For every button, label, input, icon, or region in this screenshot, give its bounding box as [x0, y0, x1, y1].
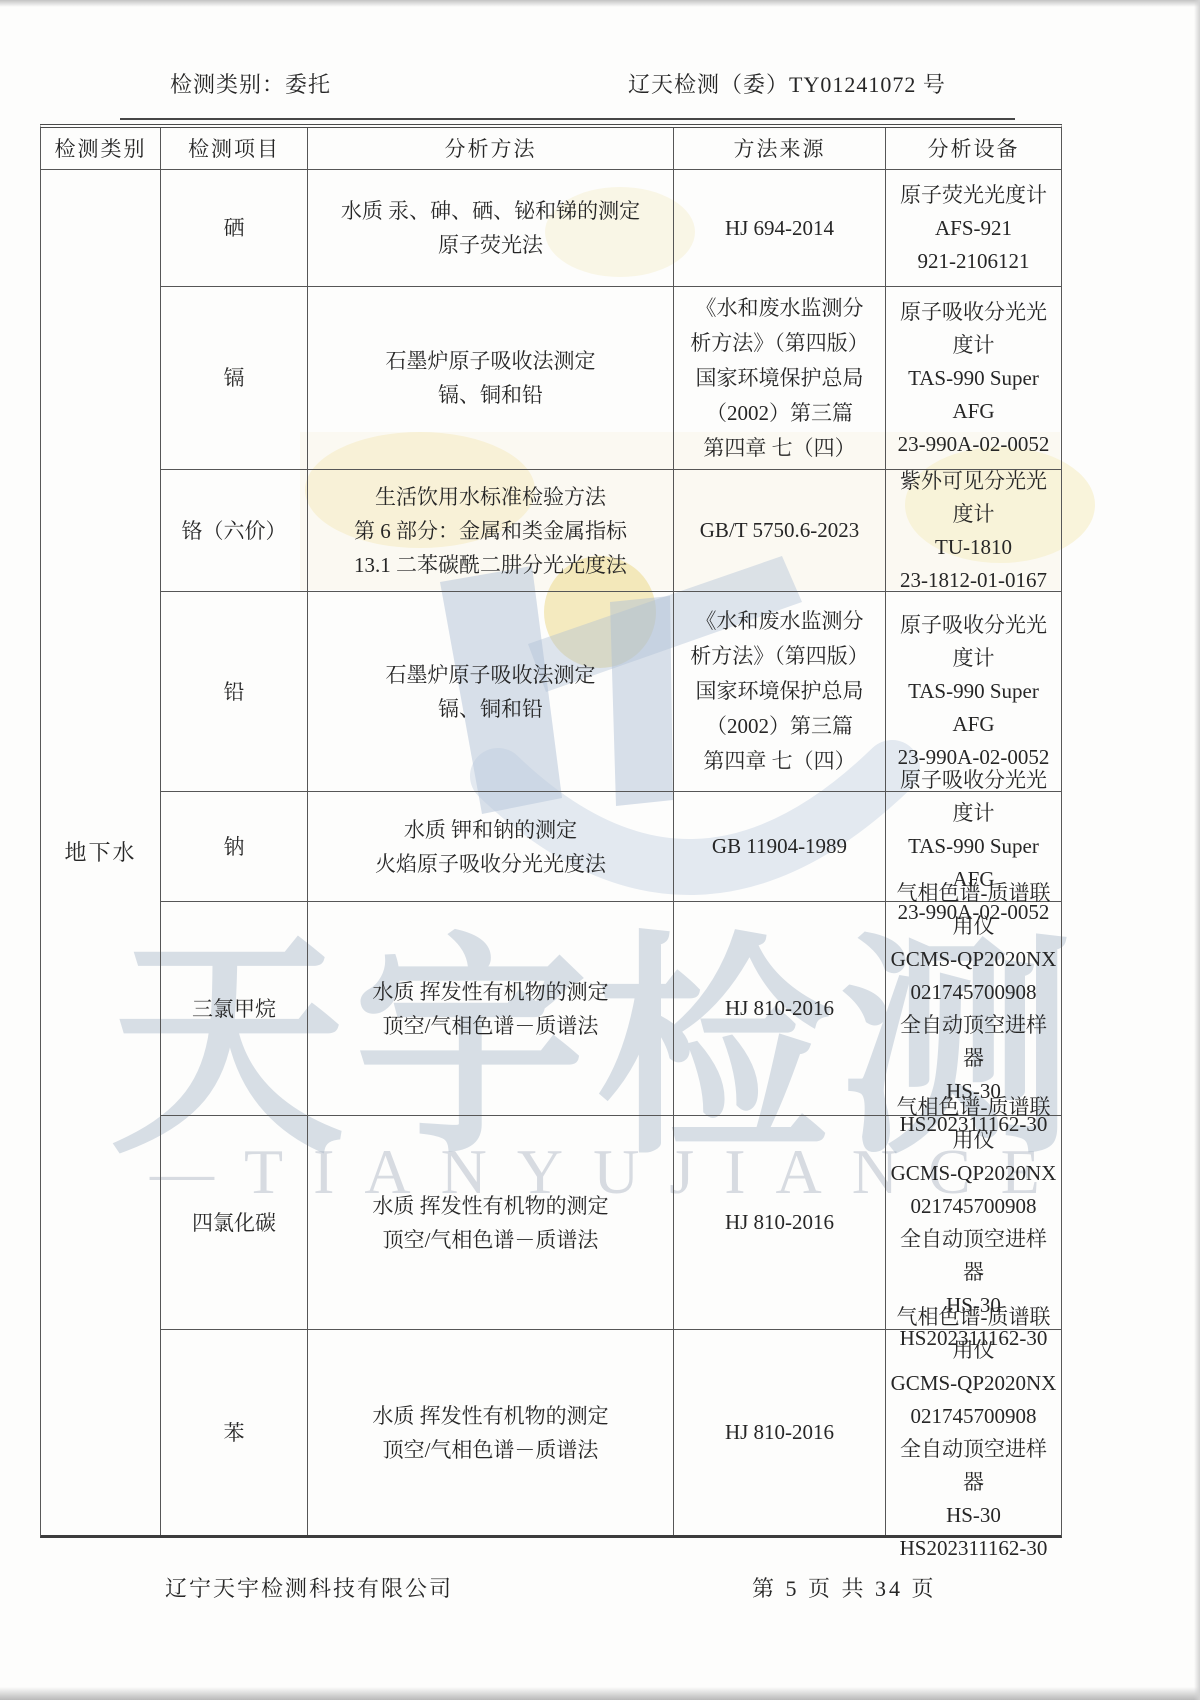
- cell-line: 检测类别: [55, 132, 147, 166]
- cell-line: 镉: [224, 361, 245, 395]
- report-table: 检测类别检测项目分析方法方法来源分析设备地下水硒水质 汞、砷、硒、铋和锑的测定原…: [40, 124, 1062, 1538]
- column-header-3: 分析方法: [308, 128, 674, 170]
- cell-line: 原子吸收分光光度计: [890, 296, 1057, 362]
- row-4-item-cell: 铅: [161, 592, 308, 792]
- cell-line: 水质 挥发性有机物的测定: [372, 975, 608, 1009]
- cell-line: 苯: [224, 1416, 245, 1450]
- column-header-2: 检测项目: [161, 128, 308, 170]
- cell-line: 顶空/气相色谱－质谱法: [383, 1009, 599, 1043]
- cell-line: AFS-921: [935, 212, 1012, 245]
- row-1-equipment-cell: 原子荧光光度计AFS-921921-2106121: [886, 170, 1061, 287]
- scan-edge-right: [1194, 0, 1200, 1700]
- row-4-equipment-cell: 原子吸收分光光度计TAS-990 Super AFG23-990A-02-005…: [886, 592, 1061, 792]
- cell-line: 生活饮用水标准检验方法: [375, 480, 606, 514]
- scan-edge-top: [0, 0, 1200, 7]
- row-5-source-cell: GB 11904-1989: [674, 792, 886, 902]
- cell-line: HJ 810-2016: [725, 991, 834, 1026]
- cell-line: 23-990A-02-0052: [898, 428, 1050, 461]
- cell-line: 第 6 部分：金属和类金属指标: [354, 514, 627, 548]
- row-8-item-cell: 苯: [161, 1330, 308, 1535]
- cell-line: 原子荧光光度计: [900, 179, 1047, 212]
- cell-line: 紫外可见分光光度计: [890, 465, 1057, 531]
- row-5-method-cell: 水质 钾和钠的测定火焰原子吸收分光光度法: [308, 792, 674, 902]
- row-1-item-cell: 硒: [161, 170, 308, 287]
- row-2-item-cell: 镉: [161, 287, 308, 470]
- row-7-item-cell: 四氯化碳: [161, 1116, 308, 1330]
- row-6-method-cell: 水质 挥发性有机物的测定顶空/气相色谱－质谱法: [308, 902, 674, 1116]
- cell-line: 021745700908: [911, 1190, 1037, 1223]
- cell-line: （2002）第三篇: [706, 709, 853, 744]
- row-3-equipment-cell: 紫外可见分光光度计TU-181023-1812-01-0167: [886, 470, 1061, 592]
- cell-line: 水质 汞、砷、硒、铋和锑的测定: [341, 194, 640, 228]
- cell-line: 13.1 二苯碳酰二肼分光光度法: [354, 548, 627, 582]
- cell-line: HJ 810-2016: [725, 1205, 834, 1240]
- header-category-label: 检测类别：委托: [170, 68, 331, 99]
- cell-line: 原子吸收分光光度计: [890, 764, 1057, 830]
- row-2-equipment-cell: 原子吸收分光光度计TAS-990 Super AFG23-990A-02-005…: [886, 287, 1061, 470]
- row-8-source-cell: HJ 810-2016: [674, 1330, 886, 1535]
- row-3-method-cell: 生活饮用水标准检验方法第 6 部分：金属和类金属指标13.1 二苯碳酰二肼分光光…: [308, 470, 674, 592]
- cell-line: 铅: [224, 675, 245, 709]
- cell-line: 四氯化碳: [192, 1206, 276, 1240]
- cell-line: 分析设备: [928, 132, 1020, 166]
- cell-line: 第四章 七（四）: [703, 431, 855, 466]
- cell-line: 水质 钾和钠的测定: [404, 813, 577, 847]
- cell-line: HS202311162-30: [900, 1532, 1048, 1565]
- cell-line: 顶空/气相色谱－质谱法: [383, 1433, 599, 1467]
- cell-line: GCMS-QP2020NX: [891, 1367, 1057, 1400]
- cell-line: 钠: [224, 830, 245, 864]
- column-header-4: 方法来源: [674, 128, 886, 170]
- cell-line: 921-2106121: [918, 245, 1030, 278]
- cell-line: 析方法》（第四版）: [690, 326, 869, 361]
- row-1-source-cell: HJ 694-2014: [674, 170, 886, 287]
- cell-line: 顶空/气相色谱－质谱法: [383, 1223, 599, 1257]
- cell-line: TAS-990 Super AFG: [890, 675, 1057, 741]
- cell-line: 全自动顶空进样器: [890, 1009, 1057, 1075]
- row-4-method-cell: 石墨炉原子吸收法测定镉、铜和铅: [308, 592, 674, 792]
- cell-line: 水质 挥发性有机物的测定: [372, 1399, 608, 1433]
- cell-line: 021745700908: [911, 1400, 1037, 1433]
- header-report-number: 辽天检测（委）TY01241072 号: [628, 68, 946, 99]
- cell-line: 国家环境保护总局: [696, 674, 864, 709]
- cell-line: 镉、铜和铅: [438, 692, 543, 726]
- row-1-method-cell: 水质 汞、砷、硒、铋和锑的测定原子荧光法: [308, 170, 674, 287]
- row-4-source-cell: 《水和废水监测分析方法》（第四版）国家环境保护总局（2002）第三篇第四章 七（…: [674, 592, 886, 792]
- row-6-item-cell: 三氯甲烷: [161, 902, 308, 1116]
- header-rule: [120, 118, 1015, 120]
- cell-line: 析方法》（第四版）: [690, 639, 869, 674]
- cell-line: 方法来源: [734, 132, 826, 166]
- row-6-source-cell: HJ 810-2016: [674, 902, 886, 1116]
- row-7-method-cell: 水质 挥发性有机物的测定顶空/气相色谱－质谱法: [308, 1116, 674, 1330]
- cell-line: 气相色谱-质谱联用仪: [890, 1301, 1057, 1367]
- cell-line: 《水和废水监测分: [696, 291, 864, 326]
- cell-line: 原子吸收分光光度计: [890, 609, 1057, 675]
- cell-line: 地下水: [64, 836, 136, 870]
- cell-line: 原子荧光法: [438, 228, 543, 262]
- column-header-1: 检测类别: [41, 128, 161, 170]
- cell-line: 国家环境保护总局: [696, 361, 864, 396]
- cell-line: HJ 694-2014: [725, 211, 834, 246]
- row-6-equipment-cell: 气相色谱-质谱联用仪GCMS-QP2020NX021745700908全自动顶空…: [886, 902, 1061, 1116]
- cell-line: GB/T 5750.6-2023: [700, 513, 859, 548]
- cell-line: 水质 挥发性有机物的测定: [372, 1189, 608, 1223]
- cell-line: 021745700908: [911, 976, 1037, 1009]
- row-7-equipment-cell: 气相色谱-质谱联用仪GCMS-QP2020NX021745700908全自动顶空…: [886, 1116, 1061, 1330]
- cell-line: GCMS-QP2020NX: [891, 1157, 1057, 1190]
- cell-line: TAS-990 Super AFG: [890, 362, 1057, 428]
- cell-line: GCMS-QP2020NX: [891, 943, 1057, 976]
- cell-line: 气相色谱-质谱联用仪: [890, 877, 1057, 943]
- category-cell: 地下水: [41, 170, 161, 1535]
- cell-line: 全自动顶空进样器: [890, 1223, 1057, 1289]
- row-2-method-cell: 石墨炉原子吸收法测定镉、铜和铅: [308, 287, 674, 470]
- cell-line: 《水和废水监测分: [696, 604, 864, 639]
- cell-line: 气相色谱-质谱联用仪: [890, 1091, 1057, 1157]
- cell-line: 第四章 七（四）: [703, 744, 855, 779]
- cell-line: GB 11904-1989: [712, 829, 847, 864]
- row-8-equipment-cell: 气相色谱-质谱联用仪GCMS-QP2020NX021745700908全自动顶空…: [886, 1330, 1061, 1535]
- row-2-source-cell: 《水和废水监测分析方法》（第四版）国家环境保护总局（2002）第三篇第四章 七（…: [674, 287, 886, 470]
- scanned-report-page: 天宇检测 —TIANYUJIANCE 检测类别：委托 辽天检测（委）TY0124…: [0, 0, 1200, 1700]
- cell-line: 三氯甲烷: [192, 992, 276, 1026]
- cell-line: 分析方法: [445, 132, 537, 166]
- row-3-item-cell: 铬（六价）: [161, 470, 308, 592]
- cell-line: 石墨炉原子吸收法测定: [386, 344, 596, 378]
- scan-edge-bottom: [0, 1687, 1200, 1700]
- cell-line: 硒: [224, 211, 245, 245]
- footer-page-info: 第 5 页 共 34 页: [752, 1572, 937, 1603]
- column-header-5: 分析设备: [886, 128, 1061, 170]
- cell-line: （2002）第三篇: [706, 396, 853, 431]
- cell-line: HS-30: [946, 1499, 1001, 1532]
- cell-line: 火焰原子吸收分光光度法: [375, 847, 606, 881]
- cell-line: 镉、铜和铅: [438, 378, 543, 412]
- cell-line: HJ 810-2016: [725, 1415, 834, 1450]
- cell-line: 石墨炉原子吸收法测定: [386, 658, 596, 692]
- row-3-source-cell: GB/T 5750.6-2023: [674, 470, 886, 592]
- cell-line: 检测项目: [188, 132, 280, 166]
- row-8-method-cell: 水质 挥发性有机物的测定顶空/气相色谱－质谱法: [308, 1330, 674, 1535]
- cell-line: 全自动顶空进样器: [890, 1433, 1057, 1499]
- footer-company-name: 辽宁天宇检测科技有限公司: [165, 1572, 453, 1603]
- row-5-item-cell: 钠: [161, 792, 308, 902]
- row-7-source-cell: HJ 810-2016: [674, 1116, 886, 1330]
- cell-line: 铬（六价）: [182, 514, 287, 548]
- cell-line: TU-1810: [935, 531, 1012, 564]
